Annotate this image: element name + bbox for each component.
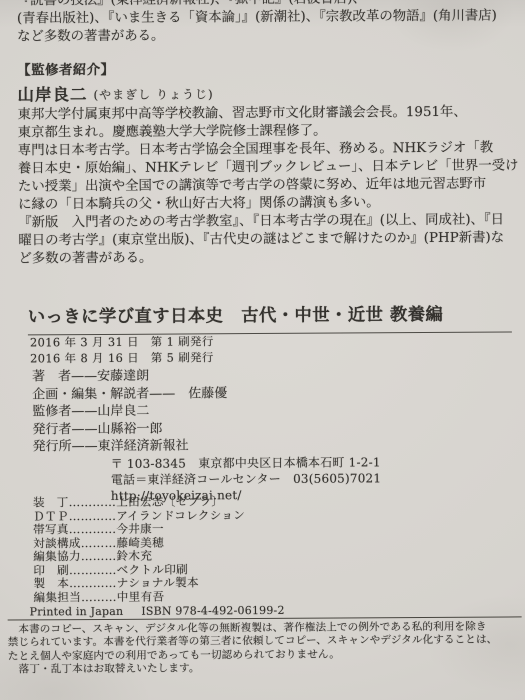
supervisor-section-heading: 【監修者紹介】 [17, 58, 517, 79]
credit-row-publisher-person: 発行者——山縣裕一郎 [32, 419, 381, 439]
supervisor-name-reading: (やまぎし りょうじ) [93, 85, 213, 104]
credit-row-publisher-company: 発行所——東洋経済新報社 [33, 437, 382, 457]
production-staff-list: 装 丁…………上田宏志〔ゼブラ〕 ＤＴＰ…………アイランドコレクション 帯写真…… [33, 495, 246, 604]
editor-bio-book-list: 『読書の技法』(東洋経済新報社)、『獄中記』(岩波書店)、 (青春出版社)、『い… [17, 0, 515, 46]
colophon-page-photo: 『読書の技法』(東洋経済新報社)、『獄中記』(岩波書店)、 (青春出版社)、『い… [0, 0, 525, 700]
book-title-rule: いっきに学び直す日本史 古代・中世・近世 教養編 [28, 299, 512, 335]
bio-line: (青春出版社)、『いま生きる「資本論」』(新潮社)、『宗教改革の物語』(角川書店… [17, 7, 515, 28]
supervisor-bio-line: 東邦大学付属東邦中高等学校教諭、習志野市文化財審議会会長。1951年、 [18, 103, 518, 124]
notice-line: 落丁・乱丁本はお取替えいたします。 [8, 661, 522, 678]
staff-row-editing-support: 編集協力………鈴木充 [33, 549, 245, 564]
bio-line: など多数の著書がある。 [17, 25, 515, 46]
printing-line: 2016 年 8 月 16 日 第 5 刷発行 [30, 350, 214, 367]
staff-row-obi-photo: 帯写真…………今井康一 [33, 522, 245, 537]
page-content: 『読書の技法』(東洋経済新報社)、『獄中記』(岩波書店)、 (青春出版社)、『い… [0, 0, 525, 700]
publisher-phone: 電話＝東洋経済コールセンター 03(5605)7021 [111, 471, 381, 488]
supervisor-name-line: 山岸良二 (やまぎし りょうじ) [17, 77, 517, 104]
supervisor-bio-line: 曜日の考古学』(東京堂出版)、『古代史の謎はどこまで解けたのか』(PHP新書)な [18, 229, 518, 250]
credit-row-editor: 企画・編集・解説者—— 佐藤優 [32, 384, 381, 404]
credit-row-supervisor: 監修者——山岸良二 [32, 401, 381, 421]
supervisor-bio-line: たい授業」出演や全国での講演等で考古学の啓蒙に努め、近年は地元習志野市 [18, 175, 518, 196]
book-title: いっきに学び直す日本史 古代・中世・近世 教養編 [28, 305, 444, 328]
staff-row-editor-in-charge: 編集担当………中里有吾 [33, 590, 245, 605]
isbn-number: ISBN 978-4-492-06199-2 [141, 604, 284, 618]
supervisor-name: 山岸良二 [17, 86, 87, 104]
printing-history: 2016 年 3 月 31 日 第 1 刷発行 2016 年 8 月 16 日 … [30, 334, 214, 366]
imprint-line: Printed in Japan ISBN 978-4-492-06199-2 [30, 604, 285, 619]
copyright-notice: 本書のコピー、スキャン、デジタル化等の無断複製は、著作権法上での例外である私的利… [8, 616, 522, 677]
printing-line: 2016 年 3 月 31 日 第 1 刷発行 [30, 334, 214, 351]
staff-row-binding: 製 本…………ナショナル製本 [33, 576, 245, 591]
credit-row-author: 著 者——安藤達朗 [32, 366, 381, 386]
printed-in-japan-label: Printed in Japan [30, 605, 138, 619]
publication-credits: 著 者——安藤達朗 企画・編集・解説者—— 佐藤優 監修者——山岸良二 発行者—… [32, 366, 381, 504]
supervisor-introduction: 【監修者紹介】 山岸良二 (やまぎし りょうじ) 東邦大学付属東邦中高等学校教諭… [17, 58, 518, 268]
supervisor-bio-line: ど多数の著書がある。 [18, 247, 518, 268]
publisher-postal-address: 〒 103-8345 東京都中央区日本橋本石町 1-2-1 [111, 455, 381, 472]
